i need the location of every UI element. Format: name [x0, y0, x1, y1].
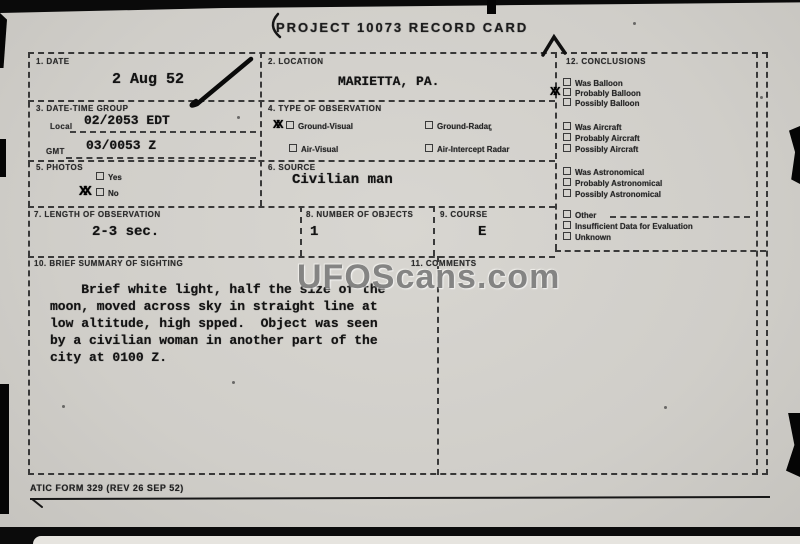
- checkbox-ground-radar: Ground-Radar: [425, 121, 491, 131]
- film-edge-top: [0, 0, 800, 13]
- checkbox-air-visual: Air-Visual: [289, 144, 338, 154]
- date-time-group-label: 3. DATE-TIME GROUP: [36, 104, 128, 113]
- conclusion-label: Insufficient Data for Evaluation: [575, 222, 693, 231]
- checkbox-label: Air-Visual: [301, 145, 338, 154]
- type-of-observation-label: 4. TYPE OF OBSERVATION: [268, 104, 382, 113]
- film-edge-mark: [789, 126, 800, 184]
- checkbox-photos-yes: Yes: [96, 172, 122, 182]
- film-edge-mark: [0, 13, 7, 68]
- summary-line: by a civilian woman in another part of t…: [50, 332, 385, 349]
- conclusion-label: Unknown: [575, 233, 611, 242]
- checkbox-ground-visual: XXGround-Visual: [286, 121, 353, 131]
- card-title: PROJECT 10073 RECORD CARD: [276, 20, 528, 35]
- conclusion-label: Possibly Balloon: [575, 99, 639, 108]
- checkbox-icon: [563, 78, 571, 86]
- date-label: 1. DATE: [36, 57, 70, 66]
- summary-line: moon, moved across sky in straight line …: [50, 298, 385, 315]
- length-of-observation-value: 2-3 sec.: [92, 224, 159, 240]
- form-number: ATIC FORM 329 (REV 26 SEP 52): [30, 483, 184, 493]
- number-of-objects-value: 1: [310, 224, 318, 240]
- grid-line: [300, 206, 302, 256]
- scan-speck: [633, 22, 636, 25]
- fill-in-rule: [70, 131, 256, 133]
- grid-line: [260, 52, 262, 206]
- conclusion-label: Was Astronomical: [575, 168, 644, 177]
- checkbox-icon: [563, 210, 571, 218]
- conclusion-unknown: Unknown: [563, 232, 611, 242]
- summary-line: city at 0100 Z.: [50, 349, 385, 366]
- watermark: UFOScans.com: [297, 258, 560, 297]
- conclusion-probably-balloon: XXProbably Balloon: [563, 88, 641, 98]
- checkbox-icon: [425, 121, 433, 129]
- x-mark: XX: [79, 184, 88, 200]
- brief-summary-label: 10. BRIEF SUMMARY OF SIGHTING: [34, 259, 183, 268]
- local-time-value: 02/2053 EDT: [84, 113, 170, 128]
- checkbox-icon: [563, 88, 571, 96]
- scan-line: [30, 496, 770, 500]
- local-label: Local: [50, 122, 72, 131]
- conclusion-probably-aircraft: Probably Aircraft: [563, 133, 640, 143]
- conclusion-label: Was Balloon: [575, 79, 623, 88]
- checkbox-icon: [563, 178, 571, 186]
- location-label: 2. LOCATION: [268, 57, 324, 66]
- length-of-observation-label: 7. LENGTH OF OBSERVATION: [34, 210, 161, 219]
- date-value: 2 Aug 52: [112, 71, 184, 88]
- checkbox-icon: [563, 221, 571, 229]
- checkbox-label: Air-Intercept Radar: [437, 145, 509, 154]
- conclusion-was-astronomical: Was Astronomical: [563, 167, 644, 177]
- conclusion-label: Probably Aircraft: [575, 134, 640, 143]
- gmt-time-value: 03/0053 Z: [86, 138, 156, 153]
- checkbox-label: No: [108, 189, 119, 198]
- number-of-objects-label: 8. NUMBER OF OBJECTS: [306, 210, 413, 219]
- checkbox-icon: [425, 144, 433, 152]
- x-mark: XX: [273, 118, 279, 132]
- film-edge-mark: [487, 0, 496, 14]
- film-edge-mark: [0, 139, 6, 177]
- conclusion-was-aircraft: Was Aircraft: [563, 122, 622, 132]
- conclusion-possibly-astronomical: Possibly Astronomical: [563, 189, 661, 199]
- checkbox-icon: [563, 232, 571, 240]
- checkbox-icon: [96, 188, 104, 196]
- checkbox-icon: [563, 167, 571, 175]
- checkbox-icon: [563, 189, 571, 197]
- checkbox-label: Yes: [108, 173, 122, 182]
- grid-line: [555, 250, 766, 252]
- conclusion-label: Other: [575, 211, 596, 220]
- conclusion-probably-astronomical: Probably Astronomical: [563, 178, 662, 188]
- conclusion-label: Was Aircraft: [575, 123, 622, 132]
- grid-line: [28, 206, 555, 208]
- summary-line: low altitude, high spped. Object was see…: [50, 315, 385, 332]
- grid-line: [28, 100, 555, 102]
- checkbox-label: Ground-Radar: [437, 122, 491, 131]
- grid-line: [555, 52, 557, 250]
- checkbox-air-intercept-radar: Air-Intercept Radar: [425, 144, 509, 154]
- grid-line: [433, 206, 435, 256]
- checkbox-icon: [563, 144, 571, 152]
- conclusion-label: Probably Astronomical: [575, 179, 662, 188]
- checkbox-icon: [563, 122, 571, 130]
- source-label: 6. SOURCE: [268, 163, 316, 172]
- checkbox-label: Ground-Visual: [298, 122, 353, 131]
- grid-line: [756, 52, 758, 475]
- checkbox-icon: [96, 172, 104, 180]
- gmt-label: GMT: [46, 147, 65, 156]
- conclusion-possibly-balloon: Possibly Balloon: [563, 98, 639, 108]
- course-label: 9. COURSE: [440, 210, 488, 219]
- checkbox-icon: [563, 133, 571, 141]
- scanned-record-card-page: PROJECT 10073 RECORD CARD 1. DATE 2 Aug …: [0, 0, 800, 544]
- pen-tick-mark: [32, 499, 42, 507]
- checkbox-icon: [286, 121, 294, 129]
- film-edge-mark: [786, 413, 800, 477]
- conclusion-label: Probably Balloon: [575, 89, 641, 98]
- conclusion-was-balloon: Was Balloon: [563, 78, 623, 88]
- next-card-top-edge: [33, 536, 800, 544]
- checkbox-icon: [289, 144, 297, 152]
- checkbox-icon: [563, 98, 571, 106]
- source-value: Civilian man: [292, 172, 393, 188]
- x-mark: XX: [550, 85, 556, 99]
- photos-label: 5. PHOTOS: [36, 163, 83, 172]
- fill-in-rule: [66, 157, 256, 159]
- conclusion-other: Other: [563, 210, 596, 220]
- conclusion-possibly-aircraft: Possibly Aircraft: [563, 144, 638, 154]
- conclusion-label: Possibly Aircraft: [575, 145, 638, 154]
- fill-in-rule: [610, 216, 750, 218]
- location-value: MARIETTA, PA.: [338, 74, 439, 89]
- conclusions-label: 12. CONCLUSIONS: [566, 57, 646, 66]
- film-edge-mark: [0, 384, 9, 514]
- conclusion-insufficient-data: Insufficient Data for Evaluation: [563, 221, 693, 231]
- checkbox-photos-no: XXNo: [96, 188, 119, 198]
- grid-line: [28, 160, 555, 162]
- conclusion-label: Possibly Astronomical: [575, 190, 661, 199]
- course-value: E: [478, 224, 486, 240]
